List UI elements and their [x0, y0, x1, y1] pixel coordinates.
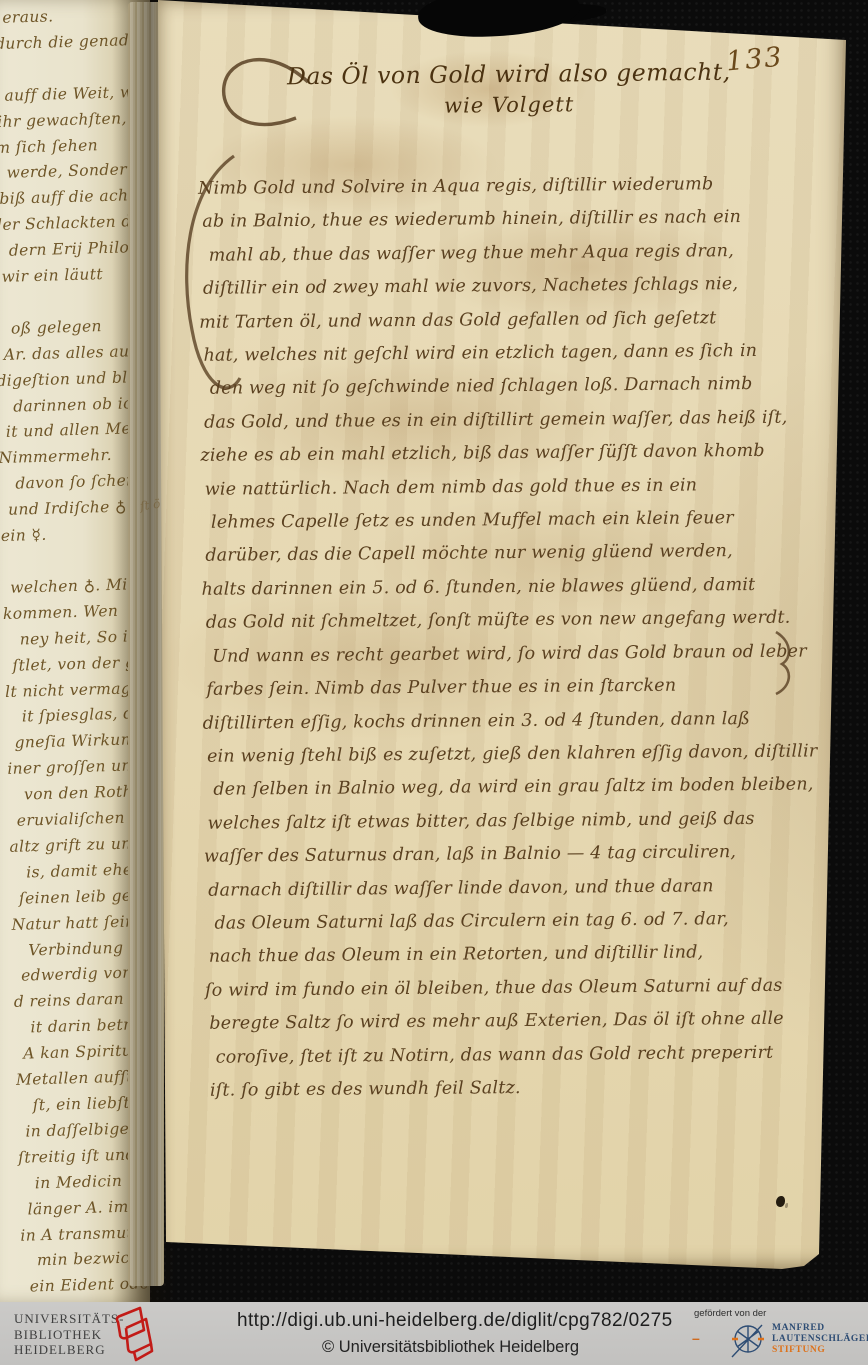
copyright-text: © Universitätsbibliothek Heidelberg — [322, 1338, 579, 1357]
manuscript-text-line: das Gold nit ſchmeltzet, ſonſt müſte es … — [206, 602, 836, 641]
manuscript-text-line: lehmes Capelle ſetz es unden Muffel mach… — [211, 501, 835, 540]
recipe-heading-line1: Das Öl von Gold wird also gemacht, — [266, 57, 752, 90]
margin-mark: ſt ö — [139, 497, 161, 514]
manuscript-text-line: ſo wird im fundo ein öl bleiben, thue da… — [205, 969, 839, 1008]
manuscript-page: 133 Das Öl von Gold wird also gemacht, w… — [158, 0, 846, 1270]
stiftung-compass-icon — [726, 1319, 770, 1363]
manuscript-text-line: halts darinnen ein 5. od 6. ſtunden, nie… — [201, 568, 835, 607]
manuscript-text-line: iſt. ſo gibt es des wundh feil Saltz. — [210, 1069, 840, 1108]
manuscript-text-line: ziehe es ab ein mahl etzlich, biß das wa… — [200, 435, 834, 474]
manuscript-text-line: Und wann es recht gearbet wird, ſo wird … — [212, 635, 836, 674]
manuscript-text-line: ab in Balnio, thue es wiederumb hinein, … — [202, 201, 832, 240]
manuscript-text-line: Nimb Gold und Solvire in Aqua regis, diſ… — [198, 167, 832, 206]
manuscript-text-line: das Gold, und thue es in ein diſtillirt … — [204, 401, 834, 440]
funder-name: MANFRED LAUTENSCHLÄGER STIFTUNG — [772, 1323, 868, 1356]
manuscript-text-line: diſtillir ein od zwey mahl wie zuvors, N… — [203, 267, 833, 306]
manuscript-text-line: hat, welches nit geſchl wird ein etzlich… — [203, 334, 833, 373]
digitized-scan-viewport: eraus.durch die genadeauff die Weit, wie… — [0, 0, 868, 1365]
manuscript-text-line: mahl ab, thue das waſſer weg thue mehr A… — [209, 234, 833, 273]
manuscript-text-line: coroſive, ſtet iſt zu Notirn, das wann d… — [216, 1036, 840, 1075]
manuscript-text-line: den ſelben in Balnio weg, da wird ein gr… — [213, 769, 837, 808]
recipe-heading: Das Öl von Gold wird also gemacht, wie V… — [266, 57, 753, 119]
manuscript-body-text: Nimb Gold und Solvire in Aqua regis, diſ… — [202, 167, 840, 1108]
funder-name-line1: MANFRED — [772, 1323, 868, 1334]
manuscript-text-line: waſſer des Saturnus dran, laß in Balnio … — [204, 835, 838, 874]
manuscript-text-line: diſtillirten eſſig, kochs drinnen ein 3.… — [203, 702, 837, 741]
ub-heidelberg-books-icon — [106, 1306, 162, 1362]
manuscript-text-line: darüber, das die Capell möchte nur wenig… — [205, 535, 835, 574]
footer-bar: UNIVERSITÄTS- BIBLIOTHEK HEIDELBERG http… — [0, 1302, 868, 1365]
manuscript-text-line: ein wenig ſtehl biß es zuſetzt, gieß den… — [207, 735, 837, 774]
recipe-heading-line2: wie Volgett — [266, 90, 752, 119]
manuscript-text-line: beregte Saltz ſo wird es mehr auß Exteri… — [209, 1002, 839, 1041]
manuscript-text-line: wie nattürlich. Nach dem nimb das gold t… — [205, 468, 835, 507]
funder-separator: – — [692, 1330, 700, 1346]
funder-name-line3: STIFTUNG — [772, 1345, 868, 1356]
manuscript-text-line: nach thue das Oleum in ein Retorten, und… — [209, 936, 839, 975]
manuscript-text-line: welches ſaltz iſt etwas bitter, das ſelb… — [207, 802, 837, 841]
funder-name-line2: LAUTENSCHLÄGER — [772, 1334, 868, 1345]
manuscript-text-line: darnach diſtillir das waſſer linde davon… — [208, 869, 838, 908]
funder-note: gefördert von der — [694, 1308, 766, 1319]
manuscript-text-line: das Oleum Saturni laß das Circulern ein … — [214, 902, 838, 941]
manuscript-text-line: mit Tarten öl, und wann das Gold gefalle… — [199, 301, 833, 340]
manuscript-text-line: farbes ſein. Nimb das Pulver thue es in … — [206, 668, 836, 707]
manuscript-text-line: den weg nit ſo geſchwinde nied ſchlagen … — [210, 368, 834, 407]
document-url: http://digi.ub.uni-heidelberg.de/diglit/… — [237, 1310, 673, 1332]
